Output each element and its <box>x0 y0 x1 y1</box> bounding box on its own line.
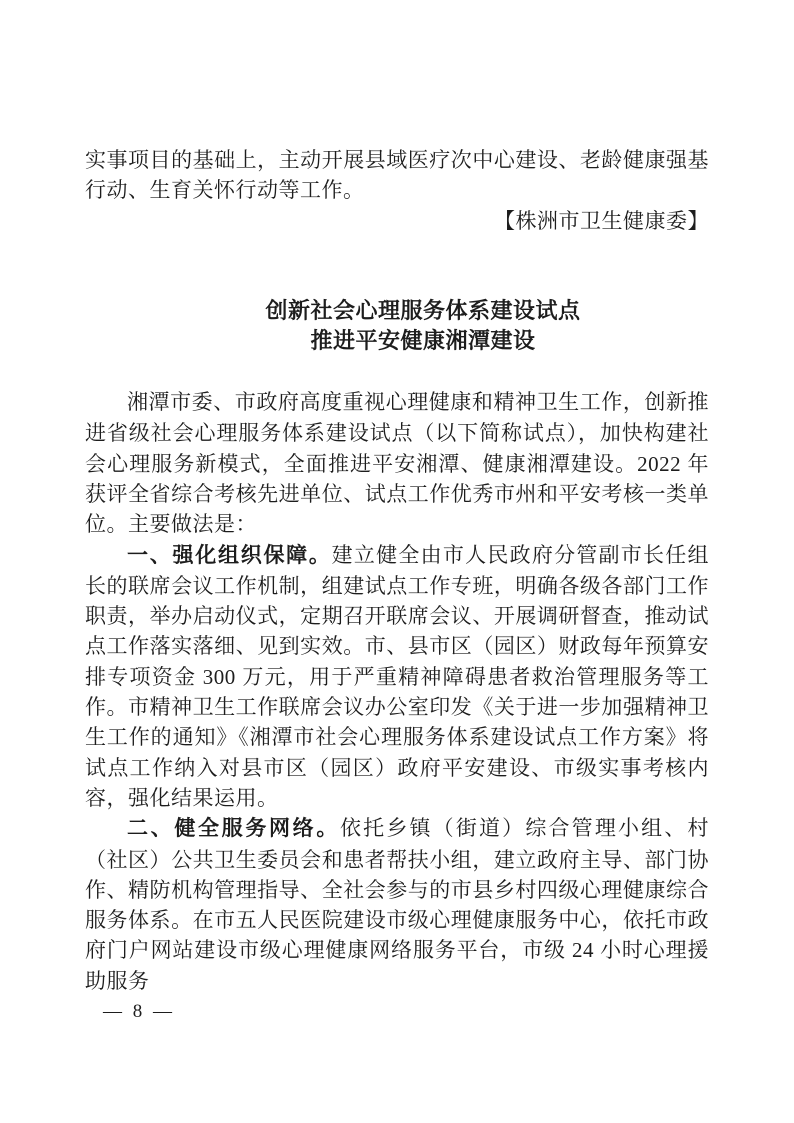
article-title-line-1: 创新社会心理服务体系建设试点 <box>137 296 709 327</box>
page-number: — 8 — <box>103 1001 175 1023</box>
paragraph-text: 建立健全由市人民政府分管副市长任组长的联席会议工作机制，组建试点工作专班，明确各… <box>85 543 709 810</box>
article-paragraph: 一、强化组织保障。建立健全由市人民政府分管副市长任组长的联席会议工作机制，组建试… <box>85 540 709 814</box>
previous-article-attribution: 【株洲市卫生健康委】 <box>85 206 709 236</box>
paragraph-lead: 二、健全服务网络。 <box>127 817 340 840</box>
paragraph-lead: 一、强化组织保障。 <box>127 544 332 567</box>
text-content-area: 实事项目的基础上，主动开展县域医疗次中心建设、老龄健康强基行动、生育关怀行动等工… <box>85 145 709 996</box>
article-paragraph: 二、健全服务网络。依托乡镇（街道）综合管理小组、村（社区）公共卫生委员会和患者帮… <box>85 813 709 996</box>
article-title-line-2: 推进平安健康湘潭建设 <box>137 326 709 357</box>
article-paragraph: 湘潭市委、市政府高度重视心理健康和精神卫生工作，创新推进省级社会心理服务体系建设… <box>85 387 709 539</box>
document-page: 实事项目的基础上，主动开展县域医疗次中心建设、老龄健康强基行动、生育关怀行动等工… <box>0 0 794 1123</box>
article-body: 湘潭市委、市政府高度重视心理健康和精神卫生工作，创新推进省级社会心理服务体系建设… <box>85 387 709 996</box>
paragraph-text: 依托乡镇（街道）综合管理小组、村（社区）公共卫生委员会和患者帮扶小组，建立政府主… <box>85 816 709 992</box>
previous-article-closing-paragraph: 实事项目的基础上，主动开展县域医疗次中心建设、老龄健康强基行动、生育关怀行动等工… <box>85 145 709 206</box>
article-title: 创新社会心理服务体系建设试点 推进平安健康湘潭建设 <box>85 296 709 357</box>
paragraph-text: 湘潭市委、市政府高度重视心理健康和精神卫生工作，创新推进省级社会心理服务体系建设… <box>85 390 709 536</box>
